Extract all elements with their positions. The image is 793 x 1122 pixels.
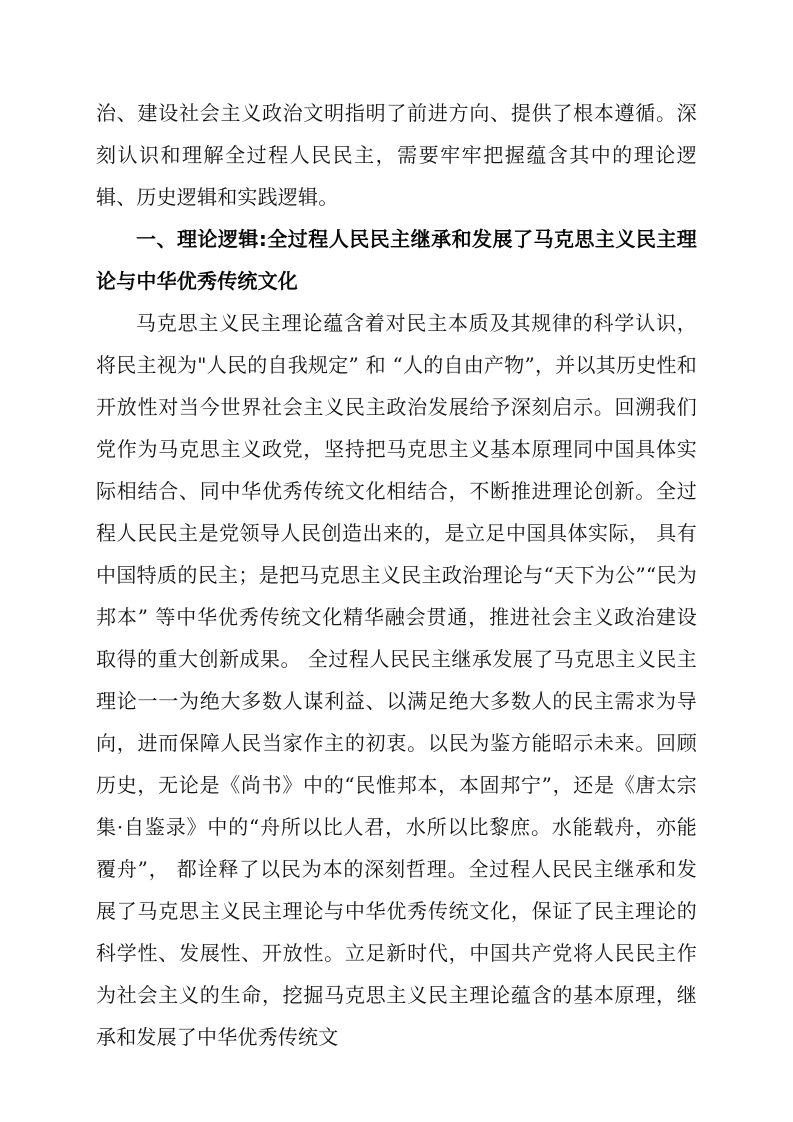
paragraph-body: 马克思主义民主理论蕴含着对民主本质及其规律的科学认识，将民主视为"人民的自我规定… <box>96 302 697 1058</box>
paragraph-continuation: 治、建设社会主义政治文明指明了前进方向、提供了根本遵循。深刻认识和理解全过程人民… <box>96 92 697 218</box>
section-heading: 一、理论逻辑:全过程人民民主继承和发展了马克思主义民主理论与中华优秀传统文化 <box>96 218 697 302</box>
document-text-block: 治、建设社会主义政治文明指明了前进方向、提供了根本遵循。深刻认识和理解全过程人民… <box>96 92 697 1058</box>
document-page: 治、建设社会主义政治文明指明了前进方向、提供了根本遵循。深刻认识和理解全过程人民… <box>0 0 793 1122</box>
